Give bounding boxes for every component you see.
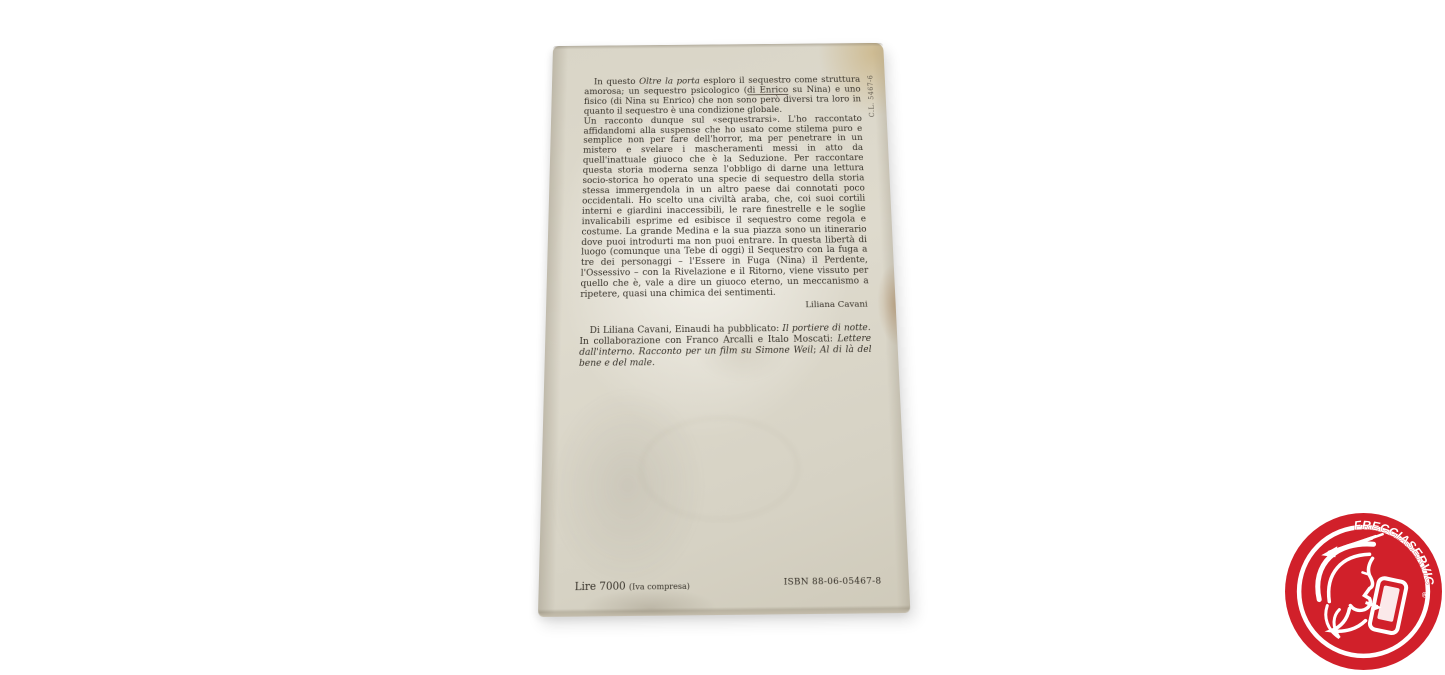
registered-mark: ® [1422,592,1428,600]
paper-stain [640,416,801,521]
blurb-paragraph-1: In questo Oltre la porta esploro il sequ… [584,76,862,118]
logo-outer-disc [1285,513,1442,670]
back-cover-text: In questo Oltre la porta esploro il sequ… [579,76,872,370]
isbn-label: ISBN 88-06-05467-8 [784,575,882,587]
book-back-cover: In questo Oltre la porta esploro il sequ… [538,43,910,616]
freccia-service-logo: FRECCIASERVICE ® [1283,511,1444,672]
freccia-service-logo-svg: FRECCIASERVICE ® [1283,511,1444,672]
spine-code: C.L. 5467-6 [866,60,879,131]
blurb-paragraph-2: Un racconto dunque sul «sequestrarsi». L… [580,114,869,300]
price-amount: Lire 7000 [575,581,626,594]
paper-stain [547,387,706,589]
price-label: Lire 7000 (Iva compresa) [575,580,690,593]
publications-paragraph: Di Liliana Cavani, Einaudi ha pubblicato… [579,323,872,369]
iva-note: (Iva compresa) [629,581,690,592]
author-signature: Liliana Cavani [580,300,870,314]
